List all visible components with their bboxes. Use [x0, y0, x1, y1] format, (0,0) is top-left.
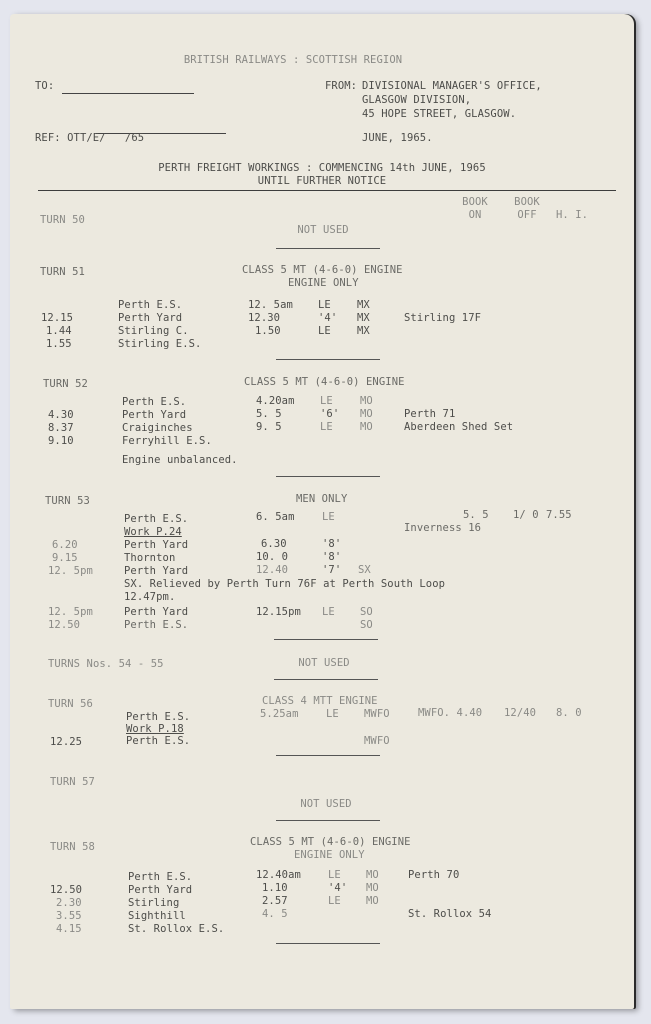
relief-time: 12.47pm.	[124, 591, 175, 604]
place: Perth E.S.	[118, 299, 182, 312]
days: SX	[358, 564, 371, 577]
days: MX	[357, 325, 370, 338]
remark: Engine unbalanced.	[122, 454, 238, 467]
turn-label: TURN 53	[45, 495, 90, 508]
days: MWFO	[364, 708, 390, 721]
title-line-2: UNTIL FURTHER NOTICE	[258, 175, 386, 188]
dep-time: 12.30	[248, 312, 280, 325]
arr-time: 4.15	[56, 923, 82, 936]
from-line-3: 45 HOPE STREET, GLASGOW.	[362, 108, 516, 121]
turn-label: TURN 57	[50, 776, 95, 789]
days: MO	[366, 869, 379, 882]
days: MX	[357, 299, 370, 312]
turn-label: TURN 56	[48, 698, 93, 711]
hours-value: 7.55	[546, 509, 572, 522]
turn-heading: NOT USED	[300, 798, 351, 811]
book-off-time: 1/ 0	[513, 509, 539, 522]
place: Perth E.S.	[124, 619, 188, 632]
relief-note: SX. Relieved by Perth Turn 76F at Perth …	[124, 578, 445, 591]
place: Stirling	[128, 897, 179, 910]
days: MO	[366, 895, 379, 908]
dep-time: 6.30	[261, 538, 287, 551]
arr-time: 4.30	[48, 409, 74, 422]
note: Stirling 17F	[404, 312, 481, 325]
turn-label: TURN 58	[50, 841, 95, 854]
section-divider	[276, 820, 380, 821]
place: Perth Yard	[128, 884, 192, 897]
note: St. Rollox 54	[408, 908, 491, 921]
book-on-header: BOOK ON	[460, 196, 490, 222]
arr-time: 9.10	[48, 435, 74, 448]
train-type: '4'	[328, 882, 347, 895]
note: Perth 70	[408, 869, 459, 882]
train-type: LE	[318, 325, 331, 338]
train-type: LE	[328, 869, 341, 882]
from-line-2: GLASGOW DIVISION,	[362, 94, 471, 107]
hours-header: H. I.	[556, 209, 588, 222]
days: SO	[360, 619, 373, 632]
train-type: LE	[320, 421, 333, 434]
book-off-header: BOOK OFF	[510, 196, 544, 222]
train-type: LE	[326, 708, 339, 721]
title-line-1: PERTH FREIGHT WORKINGS : COMMENCING 14th…	[158, 162, 486, 175]
turn-heading: CLASS 5 MT (4-6-0) ENGINE	[242, 264, 403, 277]
arr-time: 1.55	[46, 338, 72, 351]
book-off-time: 12/40	[504, 707, 536, 720]
place: Sighthill	[128, 910, 186, 923]
depot-note: Inverness 16	[404, 522, 481, 535]
from-line-1: DIVISIONAL MANAGER'S OFFICE,	[362, 80, 542, 93]
turn-label: TURN 50	[40, 214, 85, 227]
train-type: LE	[322, 511, 335, 524]
train-type: '8'	[322, 538, 341, 551]
turn-subheading: ENGINE ONLY	[288, 277, 359, 290]
dep-time: 9. 5	[256, 421, 282, 434]
place: Perth E.S.	[124, 513, 188, 526]
turn-heading: NOT USED	[298, 657, 349, 670]
train-type: '8'	[322, 551, 341, 564]
days: SO	[360, 606, 373, 619]
section-divider	[276, 248, 380, 249]
train-type: '4'	[318, 312, 337, 325]
book-on-time: MWFO. 4.40	[418, 707, 482, 720]
note: Aberdeen Shed Set	[404, 421, 513, 434]
train-type: '6'	[320, 408, 339, 421]
days: MO	[360, 395, 373, 408]
section-divider	[274, 639, 378, 640]
place: Thornton	[124, 552, 175, 565]
from-label: FROM:	[325, 80, 357, 93]
arr-time: 12. 5pm	[48, 565, 93, 578]
dep-time: 5. 5	[256, 408, 282, 421]
turn-heading: NOT USED	[297, 224, 348, 237]
days: MO	[366, 882, 379, 895]
to-label: TO:	[35, 80, 54, 93]
work-reference: Work P.24	[124, 526, 182, 539]
date: JUNE, 1965.	[362, 132, 433, 145]
dep-time: 6. 5am	[256, 511, 295, 524]
arr-time: 3.55	[56, 910, 82, 923]
title-divider	[38, 190, 616, 191]
place: Perth E.S.	[128, 871, 192, 884]
place: Perth E.S.	[126, 735, 190, 748]
arr-time: 12.25	[50, 736, 82, 749]
note: Perth 71	[404, 408, 455, 421]
place: Perth E.S.	[122, 396, 186, 409]
days: MO	[360, 421, 373, 434]
place: Perth Yard	[122, 409, 186, 422]
turn-label: TURN 51	[40, 266, 85, 279]
place: Perth Yard	[124, 606, 188, 619]
place: Stirling E.S.	[118, 338, 201, 351]
dep-time: 12.40am	[256, 869, 301, 882]
train-type: LE	[322, 606, 335, 619]
place: Perth Yard	[118, 312, 182, 325]
section-divider	[276, 476, 380, 477]
letterhead: BRITISH RAILWAYS : SCOTTISH REGION	[184, 54, 402, 67]
dep-time: 2.57	[262, 895, 288, 908]
arr-time: 6.20	[52, 539, 78, 552]
place: Stirling C.	[118, 325, 189, 338]
place: Perth Yard	[124, 539, 188, 552]
dep-time: 4. 5	[262, 908, 288, 921]
dep-time: 10. 0	[256, 551, 288, 564]
section-divider	[276, 359, 380, 360]
turn-label: TURNS Nos. 54 - 55	[48, 658, 164, 671]
hours-value: 8. 0	[556, 707, 582, 720]
book-on-time: 5. 5	[463, 509, 489, 522]
document-page: BRITISH RAILWAYS : SCOTTISH REGION TO: F…	[10, 14, 634, 1009]
train-type: LE	[320, 395, 333, 408]
dep-time: 4.20am	[256, 395, 295, 408]
section-divider	[274, 679, 378, 680]
arr-time: 2.30	[56, 897, 82, 910]
to-blank-line-1	[62, 93, 194, 94]
turn-heading: CLASS 4 MTT ENGINE	[262, 695, 378, 708]
train-type: '7'	[322, 564, 341, 577]
turn-heading: CLASS 5 MT (4-6-0) ENGINE	[244, 376, 405, 389]
arr-time: 8.37	[48, 422, 74, 435]
days: MWFO	[364, 735, 390, 748]
train-type: LE	[318, 299, 331, 312]
section-divider	[276, 755, 380, 756]
arr-time: 12.15	[41, 312, 73, 325]
arr-time: 9.15	[52, 552, 78, 565]
place: Ferryhill E.S.	[122, 435, 212, 448]
days: MO	[360, 408, 373, 421]
dep-time: 1.50	[255, 325, 281, 338]
turn-subheading: ENGINE ONLY	[294, 849, 365, 862]
section-divider	[276, 943, 380, 944]
arr-time: 12.50	[48, 619, 80, 632]
days: MX	[357, 312, 370, 325]
dep-time: 12.40	[256, 564, 288, 577]
reference: REF: OTT/E/ /65	[35, 132, 144, 145]
turn-label: TURN 52	[43, 378, 88, 391]
arr-time: 1.44	[46, 325, 72, 338]
place: Perth Yard	[124, 565, 188, 578]
turn-heading: CLASS 5 MT (4-6-0) ENGINE	[250, 836, 411, 849]
train-type: LE	[328, 895, 341, 908]
place: Craiginches	[122, 422, 193, 435]
place: St. Rollox E.S.	[128, 923, 224, 936]
dep-time: 1.10	[262, 882, 288, 895]
arr-time: 12.50	[50, 884, 82, 897]
dep-time: 5.25am	[260, 708, 299, 721]
turn-heading: MEN ONLY	[296, 493, 347, 506]
arr-time: 12. 5pm	[48, 606, 93, 619]
dep-time: 12. 5am	[248, 299, 293, 312]
dep-time: 12.15pm	[256, 606, 301, 619]
